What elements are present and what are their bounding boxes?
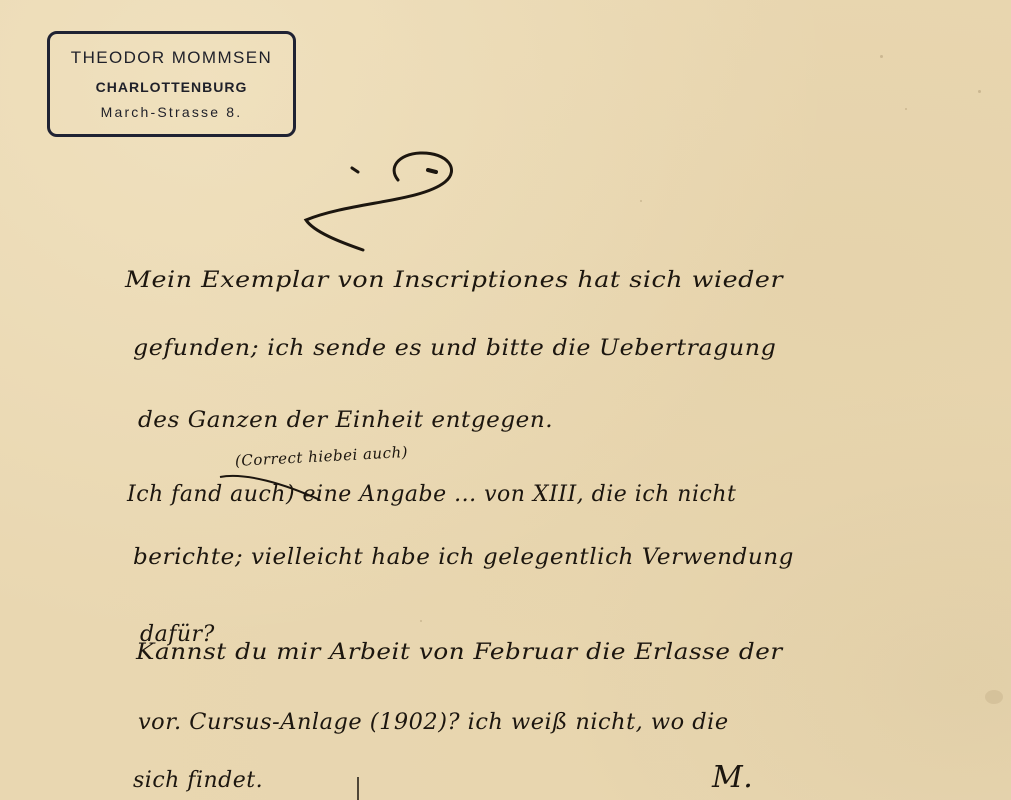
signature: M. [712,760,753,795]
letterhead-street: March-Strasse 8. [50,104,293,120]
paper-speck [880,55,883,58]
ink-stroke-mark [355,775,361,800]
letter-line-3: des Ganzen der Einheit entgegen. [138,408,553,433]
letter-line-5: berichte; vielleicht habe ich gelegentli… [133,545,794,570]
paper-speck [905,108,907,110]
letter-line-8: vor. Cursus-Anlage (1902)? ich weiß nich… [138,710,729,735]
hook-flourish-icon [290,150,460,260]
paper-speck [640,200,642,202]
paper-speck [985,690,1003,704]
letter-line-2: gefunden; ich sende es und bitte die Ueb… [133,336,776,361]
letter-line-1: Mein Exemplar von Inscriptiones hat sich… [125,268,783,293]
letterhead-stamp: THEODOR MOMMSEN CHARLOTTENBURG March-Str… [47,31,296,137]
paper-speck [978,90,981,93]
letter-line-7: Kannst du mir Arbeit von Februar die Erl… [136,640,783,665]
letter-line-4: Ich fand auch) eine Angabe ... von XIII,… [127,482,736,507]
letter-line-9: sich findet. [133,768,263,793]
letterhead-name: THEODOR MOMMSEN [50,48,293,68]
letterhead-city: CHARLOTTENBURG [50,79,293,95]
paper-speck [420,620,422,622]
